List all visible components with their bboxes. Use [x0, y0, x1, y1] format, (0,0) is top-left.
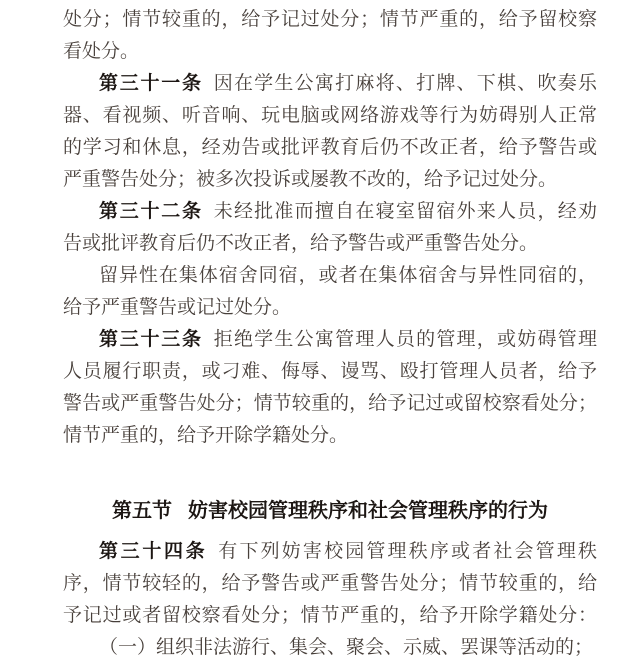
line-text: 留异性在集体宿舍同宿，或者在集体宿舍与异性同宿的，: [99, 265, 597, 286]
text-line: 给予严重警告或记过处分。: [63, 292, 597, 324]
text-line: 严重警告处分；被多次投诉或屡教不改的，给予记过处分。: [63, 164, 597, 196]
text-line: 处分；情节较重的，给予记过处分；情节严重的，给予留校察: [63, 4, 597, 36]
document-page: 处分；情节较重的，给予记过处分；情节严重的，给予留校察看处分。第三十一条因在学生…: [0, 0, 632, 666]
text-line: 第三十一条因在学生公寓打麻将、打牌、下棋、吹奏乐: [63, 68, 597, 100]
text-line: 告或批评教育后仍不改正者，给予警告或严重警告处分。: [63, 228, 597, 260]
line-text: 人员履行职责，或刁难、侮辱、谩骂、殴打管理人员者，给予: [63, 361, 597, 382]
line-text: （一）组织非法游行、集会、聚会、示威、罢课等活动的；: [99, 637, 593, 658]
article-number: 第三十三条: [99, 329, 203, 350]
line-text: 告或批评教育后仍不改正者，给予警告或严重警告处分。: [63, 233, 538, 254]
text-line: （一）组织非法游行、集会、聚会、示威、罢课等活动的；: [63, 632, 597, 664]
section-heading: 第五节妨害校园管理秩序和社会管理秩序的行为: [63, 494, 597, 528]
text-line: 器、看视频、听音响、玩电脑或网络游戏等行为妨碍别人正常: [63, 100, 597, 132]
line-text: 警告或严重警告处分；情节较重的，给予记过或留校察看处分；: [63, 393, 597, 414]
line-text: 因在学生公寓打麻将、打牌、下棋、吹奏乐: [214, 73, 597, 94]
section-title: 妨害校园管理秩序和社会管理秩序的行为: [188, 500, 548, 522]
text-line: 看处分。: [63, 36, 597, 68]
line-text: 严重警告处分；被多次投诉或屡教不改的，给予记过处分。: [63, 169, 557, 190]
line-text: 未经批准而擅自在寝室留宿外来人员，经劝: [214, 201, 597, 222]
line-text: 予记过或者留校察看处分；情节严重的，给予开除学籍处分：: [63, 605, 597, 626]
line-text: 有下列妨害校园管理秩序或者社会管理秩: [218, 541, 597, 562]
text-line: 警告或严重警告处分；情节较重的，给予记过或留校察看处分；: [63, 388, 597, 420]
text-line: 予记过或者留校察看处分；情节严重的，给予开除学籍处分：: [63, 600, 597, 632]
text-line: 第三十四条有下列妨害校园管理秩序或者社会管理秩: [63, 536, 597, 568]
line-text: 处分；情节较重的，给予记过处分；情节严重的，给予留校察: [63, 9, 597, 30]
text-line: 情节严重的，给予开除学籍处分。: [63, 420, 597, 452]
document-body: 处分；情节较重的，给予记过处分；情节严重的，给予留校察看处分。第三十一条因在学生…: [63, 4, 597, 664]
article-number: 第三十一条: [99, 73, 203, 94]
line-text: 器、看视频、听音响、玩电脑或网络游戏等行为妨碍别人正常: [63, 105, 597, 126]
section-number: 第五节: [112, 500, 172, 522]
text-line: 第三十二条未经批准而擅自在寝室留宿外来人员，经劝: [63, 196, 597, 228]
line-text: 序，情节较轻的，给予警告或严重警告处分；情节较重的，给: [63, 573, 597, 594]
line-text: 拒绝学生公寓管理人员的管理，或妨碍管理: [214, 329, 597, 350]
text-line: 序，情节较轻的，给予警告或严重警告处分；情节较重的，给: [63, 568, 597, 600]
text-line: 第三十三条拒绝学生公寓管理人员的管理，或妨碍管理: [63, 324, 597, 356]
article-number: 第三十二条: [99, 201, 203, 222]
text-line: 的学习和休息，经劝告或批评教育后仍不改正者，给予警告或: [63, 132, 597, 164]
line-text: 情节严重的，给予开除学籍处分。: [63, 425, 348, 446]
line-text: 看处分。: [63, 41, 139, 62]
article-number: 第三十四条: [99, 541, 207, 562]
text-line: 人员履行职责，或刁难、侮辱、谩骂、殴打管理人员者，给予: [63, 356, 597, 388]
text-line: 留异性在集体宿舍同宿，或者在集体宿舍与异性同宿的，: [63, 260, 597, 292]
line-text: 给予严重警告或记过处分。: [63, 297, 291, 318]
line-text: 的学习和休息，经劝告或批评教育后仍不改正者，给予警告或: [63, 137, 597, 158]
